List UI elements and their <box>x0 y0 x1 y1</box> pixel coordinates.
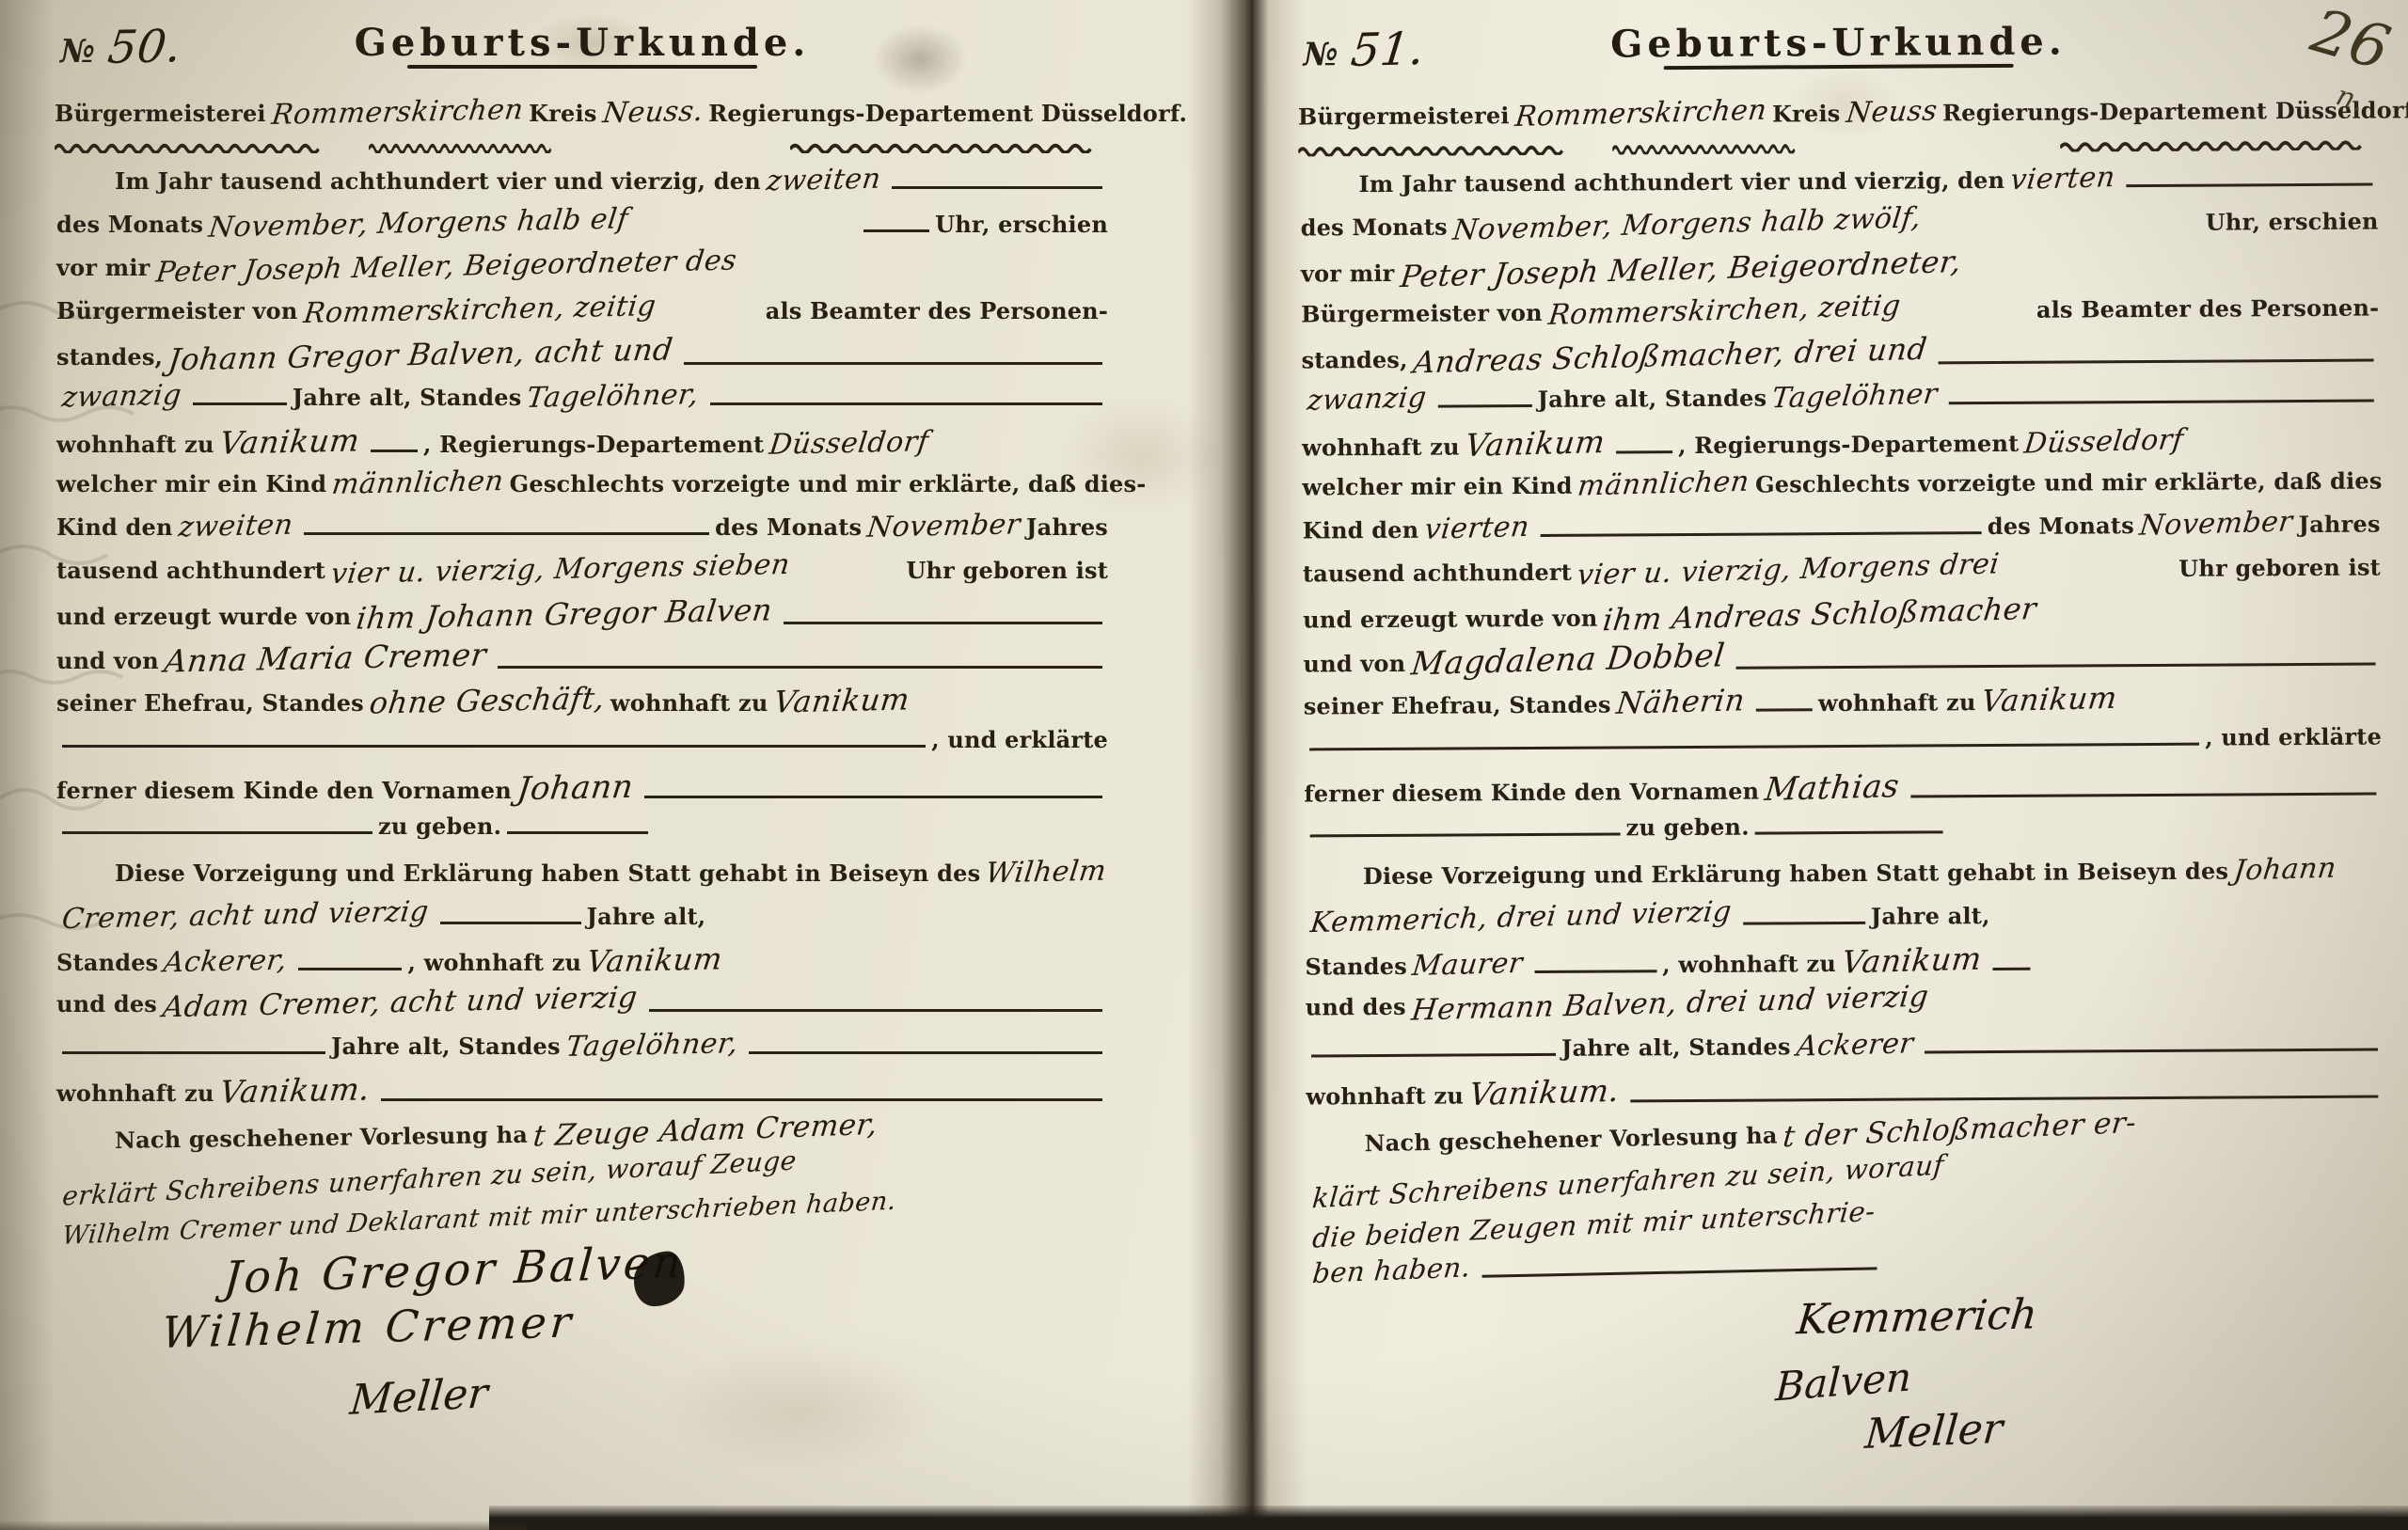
blank-rule <box>1616 450 1672 453</box>
blank-rule <box>1992 968 2030 970</box>
printed-text: standes, <box>1301 346 1407 374</box>
printed-text: seiner Ehefrau, Standes <box>56 689 364 717</box>
blank-rule <box>304 532 709 535</box>
blank-rule <box>684 362 1102 365</box>
form-line: welcher mir ein KindmännlichenGeschlecht… <box>55 466 1110 510</box>
handwritten-text: männlichen <box>1576 465 1751 503</box>
blank-rule <box>892 186 1102 189</box>
administrative-line: Bürgermeisterei Rommerskirchen Kreis Neu… <box>55 96 1110 139</box>
printed-text: Uhr, erschien <box>2206 208 2379 236</box>
printed-text: Uhr geboren ist <box>2178 554 2381 582</box>
form-line: und erzeugt wurde vonihm Andreas Schloßm… <box>1301 592 2383 642</box>
administrative-line: Bürgermeisterei Rommerskirchen Kreis Neu… <box>1298 93 2380 143</box>
handwritten-text: zwanzig <box>1306 381 1429 418</box>
printed-text: und von <box>56 647 159 674</box>
printed-text: ferner diesem Kinde den Vornamen <box>1304 778 1759 808</box>
blank-rule <box>371 450 418 452</box>
form-line: standes,Andreas Schloßmacher, drei und <box>1299 333 2381 383</box>
certificate-page-51: № 51. Geburts-Urkunde. Bürgermeisterei R… <box>1297 14 2387 1463</box>
spacer <box>1906 318 2036 319</box>
printed-text: Jahre alt, Standes <box>1561 1033 1791 1061</box>
record-number-value: 51. <box>1348 23 1427 77</box>
blank-rule <box>1755 830 1943 834</box>
handwritten-text: Düsseldorf <box>2022 423 2185 461</box>
blank-rule <box>1735 663 2375 670</box>
handwritten-text: Kemmerich, drei und vierzig <box>1308 895 1734 939</box>
handwritten-text: Vanikum. <box>217 1070 372 1110</box>
blank-rule <box>784 622 1102 624</box>
handwritten-text: Rommerskirchen, zeitig <box>1546 290 1902 332</box>
printed-text: und erzeugt wurde von <box>56 603 351 630</box>
handwritten-text: November <box>865 508 1022 544</box>
form-line: seiner Ehefrau, Standesohne Geschäft,woh… <box>55 683 1110 726</box>
blank-rule <box>1743 922 1865 925</box>
handwritten-text: Tagelöhner, <box>564 1027 740 1064</box>
handwritten-text: vier u. vierzig, Morgens sieben <box>329 548 792 591</box>
blank-rule <box>1949 400 2374 405</box>
printed-text: standes, <box>56 343 163 371</box>
handwritten-text: zweiten <box>765 163 883 198</box>
handwritten-text: ben haben. <box>1311 1251 1472 1289</box>
printed-text: Geschlechts vorzeigte und mir erklärte, … <box>1755 466 2383 497</box>
form-line: ferner diesem Kinde den VornamenMathias <box>1302 765 2384 815</box>
form-line: Kind denviertendes MonatsNovemberJahres <box>1301 506 2383 556</box>
handwritten-text: Rommerskirchen, zeitig <box>301 290 657 330</box>
blank-rule <box>649 1009 1102 1012</box>
blank-rule <box>1534 970 1656 973</box>
form-line: Bürgermeister vonRommerskirchen, zeitiga… <box>55 293 1110 337</box>
printed-text: als Beamter des Personen- <box>2036 294 2379 323</box>
signature-text: Meller <box>1863 1405 2004 1459</box>
printed-text: des Monats <box>715 513 862 541</box>
kreis-label: Kreis <box>1772 100 1841 127</box>
form-line: Im Jahr tausend achthundert vier und vie… <box>55 164 1110 207</box>
handwritten-text: Tagelöhner <box>1770 377 1940 415</box>
printed-text: Im Jahr tausend achthundert vier und vie… <box>115 167 761 195</box>
blank-rule <box>498 666 1102 669</box>
form-line: ferner diesem Kinde den VornamenJohann <box>55 769 1110 812</box>
wavy-rule <box>790 142 1101 153</box>
handwritten-text: Johann Gregor Balven, acht und <box>166 331 675 377</box>
form-line: Diese Vorzeigung und Erklärung haben Sta… <box>55 856 1110 899</box>
signature: Wilhelm Cremer <box>55 1307 1110 1362</box>
buergermeisterei-label: Bürgermeisterei <box>55 100 266 127</box>
handwritten-text: Vanikum <box>585 940 724 979</box>
printed-text: Jahre alt, Standes <box>331 1033 561 1060</box>
handwritten-text: ihm Johann Gregor Balven <box>355 591 774 636</box>
blank-rule <box>1756 708 1813 711</box>
printed-text: welcher mir ein Kind <box>1302 472 1572 501</box>
printed-text: und des <box>1306 993 1406 1021</box>
signature: Kemmerich <box>1306 1292 2387 1353</box>
form-line: Cremer, acht und vierzigJahre alt, <box>55 899 1110 942</box>
handwritten-text: Johann <box>515 768 636 809</box>
record-number: № 51. <box>1303 24 1430 77</box>
blank-rule <box>507 831 648 834</box>
printed-text: Bürgermeister von <box>1301 299 1543 328</box>
printed-text: wohnhaft zu <box>1818 688 1976 717</box>
handwritten-text: Näherin <box>1615 682 1748 721</box>
printed-text: Bürgermeister von <box>56 297 298 324</box>
handwritten-text: November <box>2138 505 2295 543</box>
form-line: des MonatsNovember, Morgens halb elfUhr,… <box>55 207 1110 250</box>
form-line: und desHermann Balven, drei und vierzig <box>1304 982 2385 1032</box>
form-line: Kemmerich, drei und vierzigJahre alt, <box>1303 895 2384 945</box>
handwritten-text: Adam Cremer, acht und vierzig <box>161 981 640 1025</box>
blank-rule <box>62 831 372 834</box>
blank-rule <box>62 745 926 748</box>
blank-rule <box>863 229 929 232</box>
certificate-body: Im Jahr tausend achthundert vier und vie… <box>1298 160 2386 1291</box>
buergermeisterei-value: Rommerskirchen <box>1513 94 1768 134</box>
blank-rule <box>298 968 402 970</box>
form-line: und erzeugt wurde vonihm Johann Gregor B… <box>55 596 1110 639</box>
handwritten-text: zwanzig <box>60 379 183 415</box>
handwritten-text: ohne Geschäft, <box>368 680 607 720</box>
printed-text: Kind den <box>56 513 173 541</box>
signature-block: KemmerichBalvenMeller <box>1306 1292 2388 1462</box>
signature-text: Kemmerich <box>1795 1290 2039 1344</box>
form-line: tausend achthundertvier u. vierzig, Morg… <box>1301 549 2383 599</box>
blank-rule <box>381 1098 1102 1101</box>
handwritten-text: Anna Maria Cremer <box>163 636 489 679</box>
printed-text: Jahre alt, <box>1871 902 1990 930</box>
wavy-rule <box>55 142 327 153</box>
form-line: wohnhaft zuVanikum. <box>55 1072 1110 1115</box>
printed-text: tausend achthundert <box>56 557 325 584</box>
handwritten-text: vierten <box>2008 161 2116 197</box>
handwritten-text: Mathias <box>1763 767 1901 809</box>
handwritten-text: Vanikum <box>1464 423 1608 464</box>
signature: Balven <box>1306 1347 2387 1408</box>
handwritten-text: Johann <box>2232 852 2338 888</box>
book-fold-gutter <box>1187 0 1307 1530</box>
printed-text: Diese Vorzeigung und Erklärung haben Sta… <box>1363 857 2228 890</box>
printed-text: des Monats <box>1988 512 2134 540</box>
printed-text: , und erklärte <box>931 726 1108 753</box>
printed-text: Nach geschehener Vorlesung ha <box>115 1121 528 1154</box>
printed-text: wohnhaft zu <box>1306 1081 1464 1110</box>
handwritten-text: Ackerer, <box>162 944 289 980</box>
wavy-rule <box>1612 142 1800 154</box>
printed-text: Nach geschehener Vorlesung ha <box>1364 1121 1778 1157</box>
title-underline <box>407 65 757 69</box>
form-line: welcher mir ein KindmännlichenGeschlecht… <box>1300 463 2382 513</box>
blank-rule <box>1482 1267 1877 1277</box>
printed-text: welcher mir ein Kind <box>56 470 326 497</box>
handwritten-text: Magdalena Dobbel <box>1409 637 1727 683</box>
printed-text: zu geben. <box>1625 813 1749 842</box>
form-line: und vonMagdalena Dobbel <box>1301 636 2383 686</box>
table-background-strip <box>0 1521 527 1530</box>
handwritten-text: Vanikum. <box>1467 1072 1622 1112</box>
wavy-rule <box>1298 144 1571 157</box>
blank-rule <box>193 402 287 405</box>
printed-text: Standes <box>1305 953 1407 981</box>
signature-text: Meller <box>348 1369 490 1425</box>
handwritten-text: Düsseldorf <box>768 425 930 462</box>
handwritten-text: vier u. vierzig, Morgens drei <box>1576 547 2001 591</box>
printed-text: Geschlechts vorzeigte und mir erklärte, … <box>510 470 1147 497</box>
blank-rule <box>1311 1053 1556 1058</box>
form-line: zu geben. <box>55 812 1110 856</box>
form-line: seiner Ehefrau, StandesNäherinwohnhaft z… <box>1302 679 2384 729</box>
form-line: zu geben. <box>1302 809 2384 859</box>
form-line: und desAdam Cremer, acht und vierzig <box>55 986 1110 1029</box>
printed-text: Jahre alt, <box>587 903 706 930</box>
photograph: № 50. Geburts-Urkunde. Bürgermeisterei R… <box>0 0 2408 1530</box>
printed-text: , und erklärte <box>2205 723 2382 751</box>
record-number-value: 50. <box>105 20 185 74</box>
blank-rule <box>1438 404 1532 408</box>
handwritten-text: Vanikum <box>1979 680 2118 719</box>
spacer <box>2005 576 2179 577</box>
handwritten-text: männlichen <box>330 465 506 501</box>
signature-text: Balven <box>1774 1353 1912 1410</box>
printed-text: und des <box>56 990 157 1017</box>
handwritten-text: Wilhelm <box>984 855 1108 891</box>
handwritten-text: Vanikum <box>771 681 911 719</box>
printed-text: Jahres <box>2299 511 2381 539</box>
form-line: Jahre alt, StandesAckerer <box>1304 1025 2385 1075</box>
printed-text: wohnhaft zu <box>56 431 214 458</box>
kreis-value: Neuss <box>1844 94 1939 130</box>
form-line: StandesAckerer,, wohnhaft zuVanikum <box>55 942 1110 986</box>
blank-rule <box>749 1051 1102 1054</box>
handwritten-text: Ackerer <box>1795 1027 1915 1063</box>
blank-rule <box>1541 531 1982 537</box>
printed-text: wohnhaft zu <box>56 1080 214 1107</box>
printed-text: und erzeugt wurde von <box>1303 605 1597 634</box>
form-line: Diese Vorzeigung und Erklärung haben Sta… <box>1303 852 2384 902</box>
page-header: № 50. Geburts-Urkunde. <box>55 17 1110 90</box>
blank-rule <box>1309 743 2199 751</box>
handwritten-text: t Zeuge Adam Cremer, <box>531 1108 879 1154</box>
printed-text: Standes <box>56 949 158 976</box>
printed-text: vor mir <box>1301 260 1395 288</box>
signature: Meller <box>1306 1401 2387 1462</box>
form-line: Kind denzweitendes MonatsNovemberJahres <box>55 510 1110 553</box>
printed-text: wohnhaft zu <box>610 689 768 717</box>
printed-text: Uhr geboren ist <box>906 557 1108 584</box>
printed-text: , Regierungs-Departement <box>1678 430 2019 459</box>
blank-rule <box>1910 793 2376 798</box>
form-line: wohnhaft zuVanikum, Regierungs-Departeme… <box>55 423 1110 466</box>
printed-text: zu geben. <box>378 812 501 840</box>
printed-text: Im Jahr tausend achthundert vier und vie… <box>1358 166 2004 197</box>
form-line: vor mirPeter Joseph Meller, Beigeordnete… <box>1299 246 2381 296</box>
kreis-label: Kreis <box>529 100 596 127</box>
form-line: wohnhaft zuVanikum, Regierungs-Departeme… <box>1300 419 2382 469</box>
handwritten-text: Maurer <box>1411 947 1525 983</box>
signature-block: Joh Gregor BalvenWilhelm CremerMeller <box>55 1253 1110 1416</box>
printed-text: ferner diesem Kinde den Vornamen <box>56 777 512 804</box>
handwritten-text: Andreas Schloßmacher, drei und <box>1412 331 1929 381</box>
printed-text: Jahres <box>1026 513 1108 541</box>
handwritten-text: Vanikum <box>1840 939 1984 980</box>
record-number: № 50. <box>60 21 187 73</box>
printed-text: Diese Vorzeigung und Erklärung haben Sta… <box>115 860 980 887</box>
printed-text: Uhr, erschien <box>935 211 1108 238</box>
printed-text: , wohnhaft zu <box>407 949 581 976</box>
handwritten-text: Peter Joseph Meller, Beigeordneter des <box>153 244 737 289</box>
form-line: und vonAnna Maria Cremer <box>55 639 1110 683</box>
blank-rule <box>1630 1096 2378 1103</box>
form-line: tausend achthundertvier u. vierzig, Morg… <box>55 553 1110 596</box>
printed-text: tausend achthundert <box>1303 559 1572 588</box>
printed-text: des Monats <box>56 211 203 238</box>
handwritten-text: ihm Andreas Schloßmacher <box>1601 591 2038 639</box>
form-line: Jahre alt, StandesTagelöhner, <box>55 1029 1110 1072</box>
printed-text: als Beamter des Personen- <box>766 297 1108 324</box>
printed-text: des Monats <box>1301 213 1448 242</box>
departement-label: Regierungs-Departement Düsseldorf. <box>708 100 1187 127</box>
form-line: standes,Johann Gregor Balven, acht und <box>55 337 1110 380</box>
signature: Joh Gregor Balven <box>55 1253 1110 1307</box>
certificate-body: Im Jahr tausend achthundert vier und vie… <box>55 164 1110 1245</box>
blank-rule <box>1939 359 2374 365</box>
printed-text: Kind den <box>1303 516 1419 544</box>
form-line: Im Jahr tausend achthundert vier und vie… <box>1298 160 2380 210</box>
spacer <box>1926 230 2205 232</box>
form-line: zwanzigJahre alt, StandesTagelöhner <box>1300 376 2382 426</box>
numero-sign: № <box>1303 36 1338 73</box>
printed-text: , Regierungs-Departement <box>423 431 764 458</box>
printed-text: , wohnhaft zu <box>1662 950 1836 978</box>
buergermeisterei-value: Rommerskirchen <box>270 93 525 132</box>
buergermeisterei-label: Bürgermeisterei <box>1298 102 1510 130</box>
wavy-rules <box>55 139 1110 156</box>
blank-rule <box>440 922 581 924</box>
wavy-rule <box>2060 139 2370 152</box>
page-title: Geburts-Urkunde. <box>1610 20 2067 67</box>
page-edge-shadow <box>0 0 55 1530</box>
blank-rule <box>2127 183 2373 188</box>
printed-text: wohnhaft zu <box>1302 433 1460 461</box>
form-line: zwanzigJahre alt, StandesTagelöhner, <box>55 380 1110 423</box>
printed-text: Jahre alt, Standes <box>293 384 522 411</box>
blank-rule <box>644 796 1102 798</box>
printed-text: seiner Ehefrau, Standes <box>1304 691 1611 720</box>
blank-rule <box>1310 832 1621 837</box>
page-title: Geburts-Urkunde. <box>355 21 811 65</box>
form-line: , und erklärte <box>1302 722 2384 772</box>
blank-rule <box>1925 1049 2378 1054</box>
form-line: vor mirPeter Joseph Meller, Beigeordnete… <box>55 250 1110 293</box>
signature-text: Wilhelm Cremer <box>160 1296 577 1358</box>
form-line: , und erklärte <box>55 726 1110 769</box>
certificate-page-50: № 50. Geburts-Urkunde. Bürgermeisterei R… <box>55 17 1110 1416</box>
signature: Meller <box>55 1362 1110 1416</box>
kreis-value: Neuss. <box>600 95 705 130</box>
handwritten-text: Vanikum <box>217 421 361 461</box>
handwritten-text: Cremer, acht und vierzig <box>60 895 431 936</box>
handwritten-text: November, Morgens halb zwölf, <box>1451 201 1923 247</box>
printed-text: Jahre alt, Standes <box>1537 384 1766 412</box>
page-header: № 51. Geburts-Urkunde. <box>1297 14 2379 94</box>
handwritten-text: Tagelöhner, <box>525 378 701 415</box>
handwritten-text: vierten <box>1422 511 1530 546</box>
printed-text: vor mir <box>56 254 150 281</box>
numero-sign: № <box>60 33 95 71</box>
blank-rule <box>710 402 1102 405</box>
handwritten-text: zweiten <box>177 509 295 544</box>
table-background-strip <box>489 1506 2408 1530</box>
printed-text: und von <box>1303 650 1405 678</box>
wavy-rule <box>369 142 557 153</box>
blank-rule <box>62 1051 325 1054</box>
handwritten-text: November, Morgens halb elf <box>207 202 630 244</box>
